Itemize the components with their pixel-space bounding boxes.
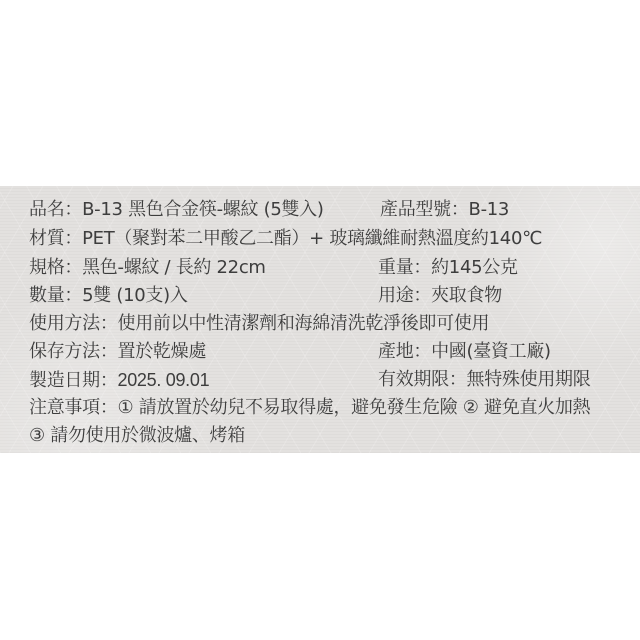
product-label: 品名：B-13 黑色合金筷-螺紋 (5雙入) 材質：PET（聚對苯二甲酸乙二酯）… bbox=[0, 186, 640, 453]
label-key: 用途 bbox=[378, 285, 413, 306]
label-value: ① 請放置於幼兒不易取得處，避免發生危險 ② 避免直火加熱 bbox=[118, 397, 591, 418]
label-key: 使用方法 bbox=[29, 313, 100, 334]
label-sep: ： bbox=[413, 341, 431, 362]
label-key: 產地 bbox=[378, 341, 413, 362]
label-key: 重量 bbox=[378, 257, 413, 278]
label-row-usage-method: 使用方法：使用前以中性清潔劑和海綿清洗乾淨後即可使用 bbox=[29, 311, 489, 337]
label-key: 注意事項 bbox=[29, 397, 100, 418]
label-row-weight: 重量：約145公克 bbox=[378, 255, 518, 281]
label-key: 保存方法 bbox=[29, 341, 100, 362]
label-value: 使用前以中性清潔劑和海綿清洗乾淨後即可使用 bbox=[118, 313, 490, 334]
label-row-quantity: 數量：5雙 (10支)入 bbox=[29, 283, 188, 309]
label-row-precautions: 注意事項：① 請放置於幼兒不易取得處，避免發生危險 ② 避免直火加熱 bbox=[29, 395, 590, 421]
label-row-expiry: 有效期限：無特殊使用期限 bbox=[378, 367, 590, 393]
label-sep: ： bbox=[64, 285, 82, 306]
label-key: 製造日期 bbox=[29, 370, 100, 391]
label-row-origin: 產地：中國(臺資工廠) bbox=[378, 339, 551, 365]
label-sep: ： bbox=[64, 199, 82, 220]
label-key: 品名 bbox=[29, 199, 64, 220]
label-row-precautions-continued: ③ 請勿使用於微波爐、烤箱 bbox=[29, 423, 245, 449]
label-sep: ： bbox=[64, 257, 82, 278]
label-row-material: 材質：PET（聚對苯二甲酸乙二酯）+ 玻璃纖維耐熱溫度約140℃ bbox=[29, 226, 542, 252]
label-key: 規格 bbox=[29, 257, 64, 278]
label-row-manufacture-date: 製造日期：2025. 09.01 bbox=[29, 367, 209, 393]
label-value: 夾取食物 bbox=[431, 285, 502, 306]
label-key: 數量 bbox=[29, 285, 64, 306]
label-key: 有效期限 bbox=[378, 369, 449, 390]
label-sep: ： bbox=[64, 228, 82, 249]
label-sep: ： bbox=[100, 370, 118, 391]
label-value: 無特殊使用期限 bbox=[467, 369, 591, 390]
label-row-product-name: 品名：B-13 黑色合金筷-螺紋 (5雙入) bbox=[29, 197, 324, 223]
label-value: 2025. 09.01 bbox=[118, 370, 210, 390]
label-value: 5雙 (10支)入 bbox=[82, 285, 187, 306]
label-sep: ： bbox=[100, 341, 118, 362]
label-row-model-number: 產品型號：B-13 bbox=[380, 197, 509, 223]
label-key: 材質 bbox=[29, 228, 64, 249]
label-row-purpose: 用途：夾取食物 bbox=[378, 283, 502, 309]
label-sep: ： bbox=[413, 257, 431, 278]
label-sep: ： bbox=[413, 285, 431, 306]
label-key: 產品型號 bbox=[380, 199, 451, 220]
label-sep: ： bbox=[449, 369, 467, 390]
label-value: PET（聚對苯二甲酸乙二酯）+ 玻璃纖維耐熱溫度約140℃ bbox=[82, 228, 542, 249]
label-value: 黑色-螺紋 / 長約 22cm bbox=[82, 257, 266, 278]
label-value: 約145公克 bbox=[431, 257, 518, 278]
label-value: ③ 請勿使用於微波爐、烤箱 bbox=[29, 425, 245, 446]
label-sep: ： bbox=[100, 313, 118, 334]
label-sep: ： bbox=[451, 199, 469, 220]
label-value: B-13 黑色合金筷-螺紋 (5雙入) bbox=[82, 199, 323, 220]
label-value: B-13 bbox=[469, 199, 510, 220]
label-value: 中國(臺資工廠) bbox=[431, 341, 551, 362]
label-row-spec: 規格：黑色-螺紋 / 長約 22cm bbox=[29, 255, 266, 281]
label-value: 置於乾燥處 bbox=[118, 341, 207, 362]
label-sep: ： bbox=[100, 397, 118, 418]
label-row-storage: 保存方法：置於乾燥處 bbox=[29, 339, 206, 365]
